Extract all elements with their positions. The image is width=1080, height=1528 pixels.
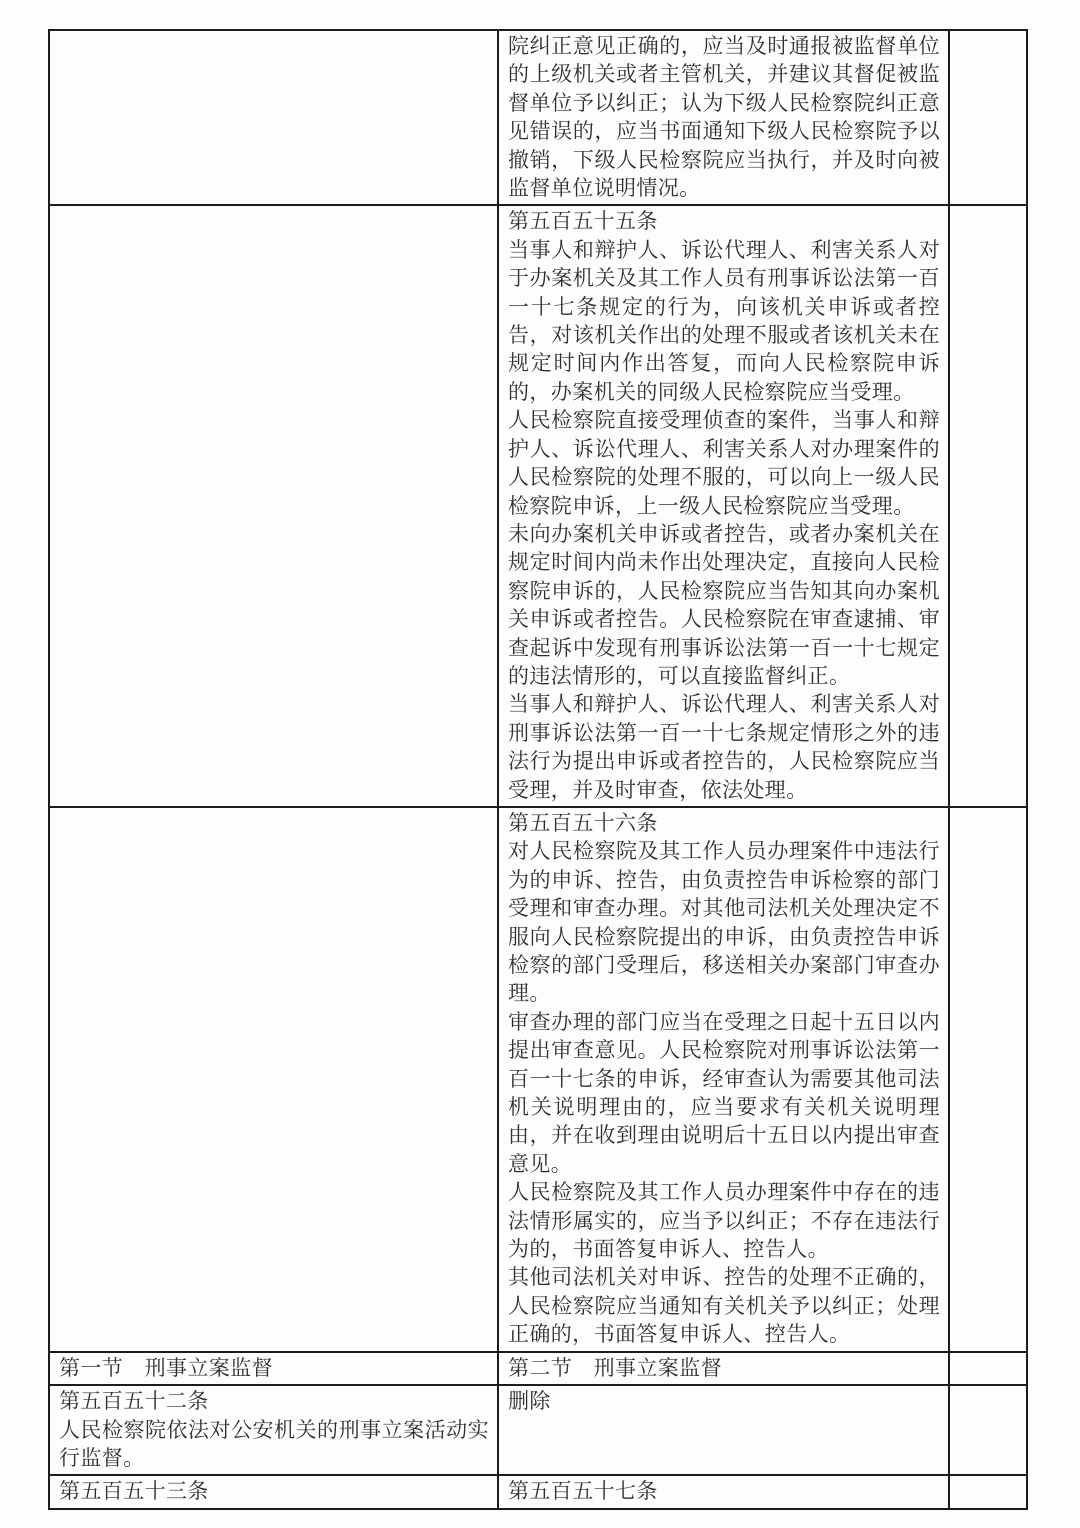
cell-note-empty: [949, 205, 1027, 807]
cell-article-557: 第五百五十七条: [498, 1475, 949, 1508]
article-556-para-2: 审查办理的部门应当在受理之日起十五日以内提出审查意见。人民检察院对刑事诉讼法第一…: [508, 1008, 940, 1178]
article-557-heading: 第五百五十七条: [508, 1477, 940, 1505]
continuation-paragraph: 院纠正意见正确的，应当及时通报被监督单位的上级机关或者主管机关，并建议其督促被监…: [508, 32, 940, 202]
article-552-heading: 第五百五十二条: [59, 1387, 489, 1415]
cell-note-empty: [949, 1352, 1027, 1385]
table-row: 院纠正意见正确的，应当及时通报被监督单位的上级机关或者主管机关，并建议其督促被监…: [49, 30, 1027, 205]
cell-delete-note: 删除: [498, 1385, 949, 1475]
law-comparison-table: 院纠正意见正确的，应当及时通报被监督单位的上级机关或者主管机关，并建议其督促被监…: [48, 29, 1028, 1510]
cell-old-empty: [49, 205, 498, 807]
scanned-document-page: 院纠正意见正确的，应当及时通报被监督单位的上级机关或者主管机关，并建议其督促被监…: [0, 0, 1080, 1528]
article-555-heading: 第五百五十五条: [508, 207, 940, 235]
article-555-para-3: 未向办案机关申诉或者控告，或者办案机关在规定时间内尚未作出处理决定，直接向人民检…: [508, 520, 940, 690]
cell-section-1-heading: 第一节 刑事立案监督: [49, 1352, 498, 1385]
cell-note-empty: [949, 1385, 1027, 1475]
cell-section-2-heading: 第二节 刑事立案监督: [498, 1352, 949, 1385]
article-552-para-1: 人民检察院依法对公安机关的刑事立案活动实行监督。: [59, 1416, 489, 1473]
table-row: 第五百五十五条 当事人和辩护人、诉讼代理人、利害关系人对于办案机关及其工作人员有…: [49, 205, 1027, 807]
cell-old-empty: [49, 30, 498, 205]
section-2-heading: 第二节 刑事立案监督: [508, 1354, 940, 1382]
cell-new-continuation: 院纠正意见正确的，应当及时通报被监督单位的上级机关或者主管机关，并建议其督促被监…: [498, 30, 949, 205]
article-556-para-4: 其他司法机关对申诉、控告的处理不正确的，人民检察院应当通知有关机关予以纠正；处理…: [508, 1263, 940, 1348]
table-row: 第一节 刑事立案监督 第二节 刑事立案监督: [49, 1352, 1027, 1385]
cell-article-553: 第五百五十三条: [49, 1475, 498, 1508]
cell-note-empty: [949, 807, 1027, 1352]
article-555-para-4: 当事人和辩护人、诉讼代理人、利害关系人对刑事诉讼法第一百一十七条规定情形之外的违…: [508, 690, 940, 804]
section-1-heading: 第一节 刑事立案监督: [59, 1354, 489, 1382]
cell-note-empty: [949, 30, 1027, 205]
table-row: 第五百五十三条 第五百五十七条: [49, 1475, 1027, 1508]
article-556-para-3: 人民检察院及其工作人员办理案件中存在的违法情形属实的，应当予以纠正；不存在违法行…: [508, 1178, 940, 1263]
cell-note-empty: [949, 1475, 1027, 1508]
cell-old-empty: [49, 807, 498, 1352]
cell-article-555: 第五百五十五条 当事人和辩护人、诉讼代理人、利害关系人对于办案机关及其工作人员有…: [498, 205, 949, 807]
cell-article-556: 第五百五十六条 对人民检察院及其工作人员办理案件中违法行为的申诉、控告，由负责控…: [498, 807, 949, 1352]
table-row: 第五百五十二条 人民检察院依法对公安机关的刑事立案活动实行监督。 删除: [49, 1385, 1027, 1475]
table-row: 第五百五十六条 对人民检察院及其工作人员办理案件中违法行为的申诉、控告，由负责控…: [49, 807, 1027, 1352]
article-556-para-1: 对人民检察院及其工作人员办理案件中违法行为的申诉、控告，由负责控告申诉检察的部门…: [508, 837, 940, 1007]
article-555-para-2: 人民检察院直接受理侦查的案件，当事人和辩护人、诉讼代理人、利害关系人对办理案件的…: [508, 406, 940, 520]
cell-article-552: 第五百五十二条 人民检察院依法对公安机关的刑事立案活动实行监督。: [49, 1385, 498, 1475]
delete-note: 删除: [508, 1387, 940, 1415]
article-556-heading: 第五百五十六条: [508, 809, 940, 837]
article-553-heading: 第五百五十三条: [59, 1477, 489, 1505]
article-555-para-1: 当事人和辩护人、诉讼代理人、利害关系人对于办案机关及其工作人员有刑事诉讼法第一百…: [508, 236, 940, 406]
